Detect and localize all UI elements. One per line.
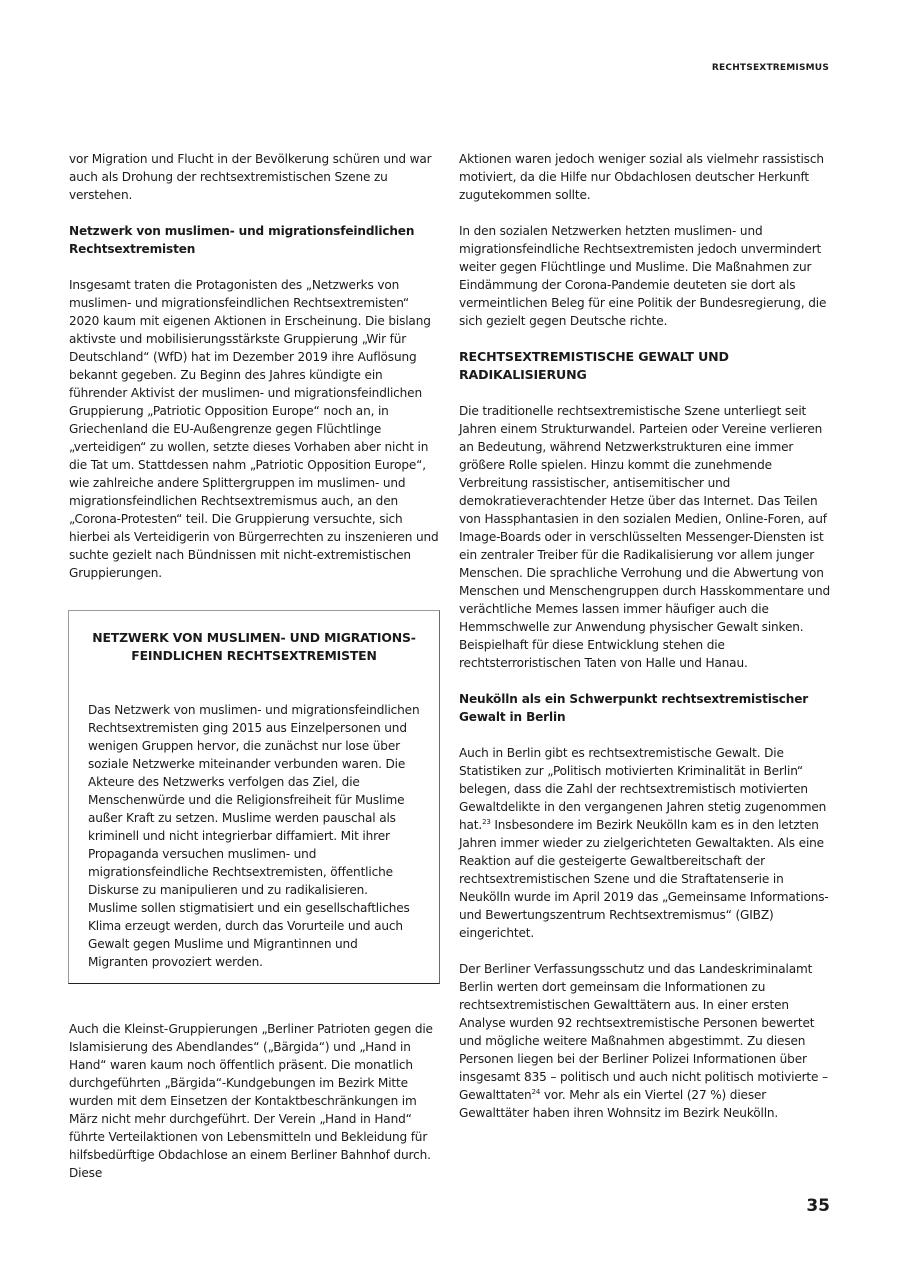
info-box-title: NETZWERK VON MUSLIMEN- UND MIGRATIONS-FE…	[88, 629, 420, 665]
info-box: NETZWERK VON MUSLIMEN- UND MIGRATIONS-FE…	[68, 610, 440, 984]
subheading: Neukölln als ein Schwerpunkt rechtsextre…	[459, 690, 831, 726]
paragraph: Auch in Berlin gibt es rechtsextremistis…	[459, 744, 831, 942]
paragraph: Die traditionelle rechtsextremistische S…	[459, 402, 831, 672]
paragraph: vor Migration und Flucht in der Bevölker…	[69, 150, 441, 204]
section-heading: RECHTSEXTREMISTISCHE GEWALT UND RADIKALI…	[459, 348, 831, 384]
info-box-body: Das Netzwerk von muslimen- und migration…	[88, 701, 420, 971]
text: Insbesondere im Bezirk Neukölln kam es i…	[459, 818, 829, 940]
paragraph: In den sozialen Netzwerken hetzten musli…	[459, 222, 831, 330]
page-number: 35	[806, 1196, 830, 1216]
paragraph: Der Berliner Verfassungsschutz und das L…	[459, 960, 831, 1122]
right-column: Aktionen waren jedoch weniger sozial als…	[459, 150, 831, 1140]
paragraph: Auch die Kleinst-Gruppierungen „Berliner…	[69, 1020, 441, 1182]
footnote-ref-23[interactable]: 23	[482, 818, 491, 826]
paragraph: Aktionen waren jedoch weniger sozial als…	[459, 150, 831, 204]
subheading: Netzwerk von muslimen- und migrationsfei…	[69, 222, 441, 258]
left-column: vor Migration und Flucht in der Bevölker…	[69, 150, 441, 1200]
paragraph: Insgesamt traten die Protagonisten des „…	[69, 276, 441, 582]
running-head: RECHTSEXTREMISMUS	[712, 63, 829, 73]
footnote-ref-24[interactable]: 24	[532, 1088, 541, 1096]
text: Der Berliner Verfassungsschutz und das L…	[459, 962, 828, 1102]
